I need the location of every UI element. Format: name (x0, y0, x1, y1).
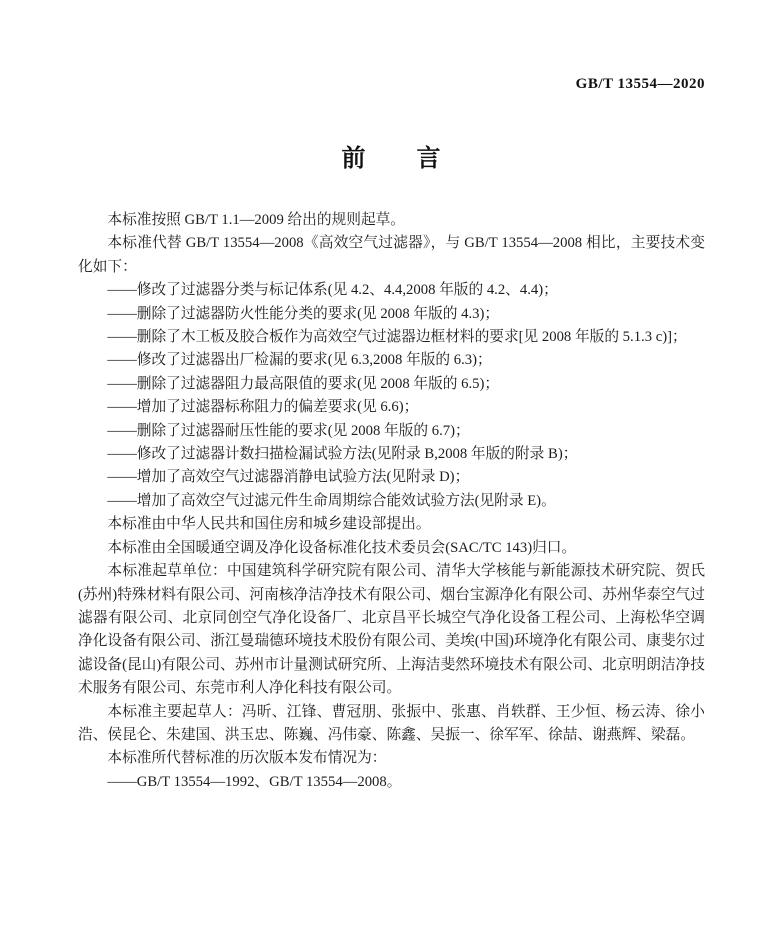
paragraph: ——GB/T 13554—1992、GB/T 13554—2008。 (78, 771, 705, 794)
paragraph: 本标准代替 GB/T 13554—2008《高效空气过滤器》，与 GB/T 13… (78, 232, 705, 279)
paragraph: ——增加了过滤器标称阻力的偏差要求(见 6.6)； (78, 396, 705, 419)
paragraph: 本标准按照 GB/T 1.1—2009 给出的规则起草。 (78, 209, 705, 232)
paragraph: ——删除了过滤器耐压性能的要求(见 2008 年版的 6.7)； (78, 420, 705, 443)
paragraph: 本标准主要起草人：冯昕、江锋、曹冠朋、张振中、张惠、肖轶群、王少恒、杨云涛、徐小… (78, 701, 705, 748)
paragraph: ——删除了过滤器阻力最高限值的要求(见 2008 年版的 6.5)； (78, 373, 705, 396)
paragraph: ——删除了木工板及胶合板作为高效空气过滤器边框材料的要求[见 2008 年版的 … (78, 326, 705, 349)
standard-number: GB/T 13554—2020 (576, 76, 705, 93)
document-page: GB/T 13554—2020 前 言 本标准按照 GB/T 1.1—2009 … (0, 0, 783, 942)
paragraph: ——修改了过滤器出厂检漏的要求(见 6.3,2008 年版的 6.3)； (78, 349, 705, 372)
paragraph: ——增加了高效空气过滤器消静电试验方法(见附录 D)； (78, 466, 705, 489)
paragraph: ——修改了过滤器计数扫描检漏试验方法(见附录 B,2008 年版的附录 B)； (78, 443, 705, 466)
paragraph: 本标准由全国暖通空调及净化设备标准化技术委员会(SAC/TC 143)归口。 (78, 537, 705, 560)
paragraph: ——删除了过滤器防火性能分类的要求(见 2008 年版的 4.3)； (78, 303, 705, 326)
foreword-body: 本标准按照 GB/T 1.1—2009 给出的规则起草。本标准代替 GB/T 1… (78, 209, 705, 794)
paragraph: 本标准所代替标准的历次版本发布情况为： (78, 747, 705, 770)
paragraph: 本标准由中华人民共和国住房和城乡建设部提出。 (78, 513, 705, 536)
paragraph: 本标准起草单位：中国建筑科学研究院有限公司、清华大学核能与新能源技术研究院、贺氏… (78, 560, 705, 700)
paragraph: ——修改了过滤器分类与标记体系(见 4.2、4.4,2008 年版的 4.2、4… (78, 279, 705, 302)
paragraph: ——增加了高效空气过滤元件生命周期综合能效试验方法(见附录 E)。 (78, 490, 705, 513)
